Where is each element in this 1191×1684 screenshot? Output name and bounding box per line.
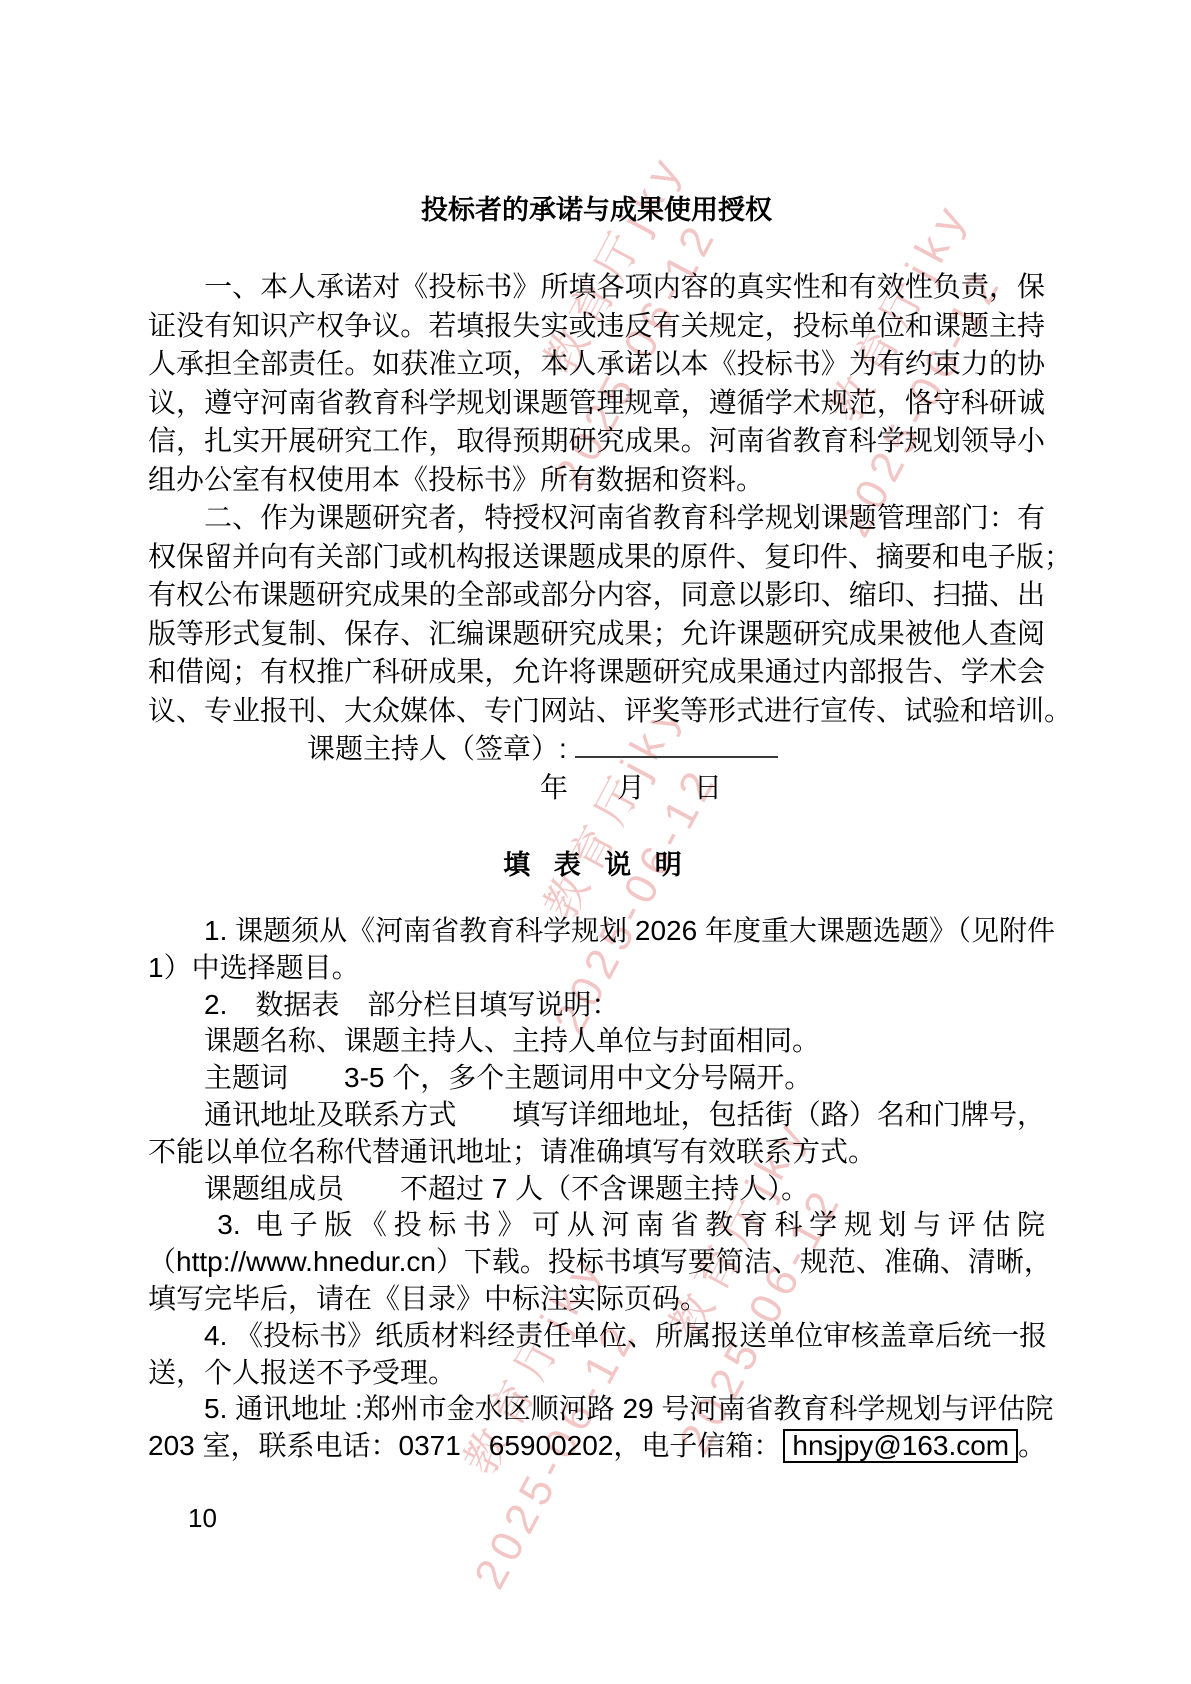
instructions-section: 1. 课题须从《河南省教育科学规划 2026 年度重大课题选题》（见附件1）中选…: [148, 913, 1045, 1465]
text-line: 4. 《投标书》纸质材料经责任单位、所属报送单位审核盖章后统一报: [148, 1318, 1045, 1355]
text-line: 有权公布课题研究成果的全部或部分内容，同意以影印、缩印、扫描、出: [148, 576, 1045, 615]
text-line: （http://www.hnedur.cn）下载。投标书填写要简洁、规范、准确、…: [148, 1244, 1045, 1281]
date-year-label: 年: [540, 769, 568, 808]
text-line: 和借阅；有权推广科研成果，允许将课题研究成果通过内部报告、学术会: [148, 653, 1045, 692]
signature-label: 课题主持人（签章）:: [307, 733, 567, 764]
document-page: 教育厅jky 2025-06-12 教育厅jky 2025-06-12 教育厅j…: [0, 0, 1191, 1684]
text-line: 一、本人承诺对《投标书》所填各项内容的真实性和有效性负责，保: [148, 268, 1045, 307]
signature-blank-line: [575, 732, 778, 758]
text-line: 3. 电子版《投标书》可从河南省教育科学规划与评估院: [148, 1207, 1045, 1244]
contact-line: 203 室，联系电话：0371 65900202，电子信箱：hnsjpy@163…: [148, 1428, 1045, 1465]
contact-line-period: 。: [1018, 1430, 1046, 1461]
text-line: 版等形式复制、保存、汇编课题研究成果；允许课题研究成果被他人查阅: [148, 615, 1045, 654]
text-line: 5. 通讯地址 :郑州市金水区顺河路 29 号河南省教育科学规划与评估院: [148, 1391, 1045, 1428]
text-line: 通讯地址及联系方式 填写详细地址，包括街（路）名和门牌号，: [148, 1097, 1045, 1134]
date-month-label: 月: [617, 769, 645, 808]
page-title: 投标者的承诺与成果使用授权: [148, 188, 1045, 227]
text-line: 议、专业报刊、大众媒体、专门网站、评奖等形式进行宣传、试验和培训。: [148, 692, 1045, 731]
commitment-section: 一、本人承诺对《投标书》所填各项内容的真实性和有效性负责，保证没有知识产权争议。…: [148, 268, 1045, 807]
text-line: 课题组成员 不超过 7 人（不含课题主持人）。: [148, 1171, 1045, 1208]
contact-line-text: 203 室，联系电话：0371 65900202，电子信箱：: [148, 1430, 781, 1461]
text-line: 权保留并向有关部门或机构报送课题成果的原件、复印件、摘要和电子版；: [148, 538, 1045, 577]
text-line: 二、作为课题研究者，特授权河南省教育科学规划课题管理部门：有: [148, 499, 1045, 538]
instructions-heading: 填 表 说 明: [148, 843, 1045, 882]
email-box[interactable]: hnsjpy@163.com: [783, 1429, 1018, 1463]
text-line: 2. 数据表 部分栏目填写说明：: [148, 987, 1045, 1024]
text-line: 课题名称、课题主持人、主持人单位与封面相同。: [148, 1023, 1045, 1060]
text-line: 组办公室有权使用本《投标书》所有数据和资料。: [148, 461, 1045, 500]
text-line: 送，个人报送不予受理。: [148, 1355, 1045, 1392]
text-line: 1）中选择题目。: [148, 950, 1045, 987]
page-number: 10: [188, 1503, 217, 1534]
text-line: 不能以单位名称代替通讯地址；请准确填写有效联系方式。: [148, 1134, 1045, 1171]
text-line: 人承担全部责任。如获准立项，本人承诺以本《投标书》为有约束力的协: [148, 345, 1045, 384]
instructions-lines: 1. 课题须从《河南省教育科学规划 2026 年度重大课题选题》（见附件1）中选…: [148, 913, 1045, 1428]
text-line: 填写完毕后，请在《目录》中标注实际页码。: [148, 1281, 1045, 1318]
text-line: 1. 课题须从《河南省教育科学规划 2026 年度重大课题选题》（见附件: [148, 913, 1045, 950]
date-day-label: 日: [694, 769, 722, 808]
signature-date-row: 年 月 日: [540, 769, 722, 808]
text-line: 议，遵守河南省教育科学规划课题管理规章，遵循学术规范，恪守科研诚: [148, 384, 1045, 423]
signature-row: 课题主持人（签章）:: [307, 730, 1045, 769]
text-line: 信，扎实开展研究工作，取得预期研究成果。河南省教育科学规划领导小: [148, 422, 1045, 461]
text-line: 证没有知识产权争议。若填报失实或违反有关规定，投标单位和课题主持: [148, 307, 1045, 346]
text-line: 主题词 3-5 个，多个主题词用中文分号隔开。: [148, 1060, 1045, 1097]
